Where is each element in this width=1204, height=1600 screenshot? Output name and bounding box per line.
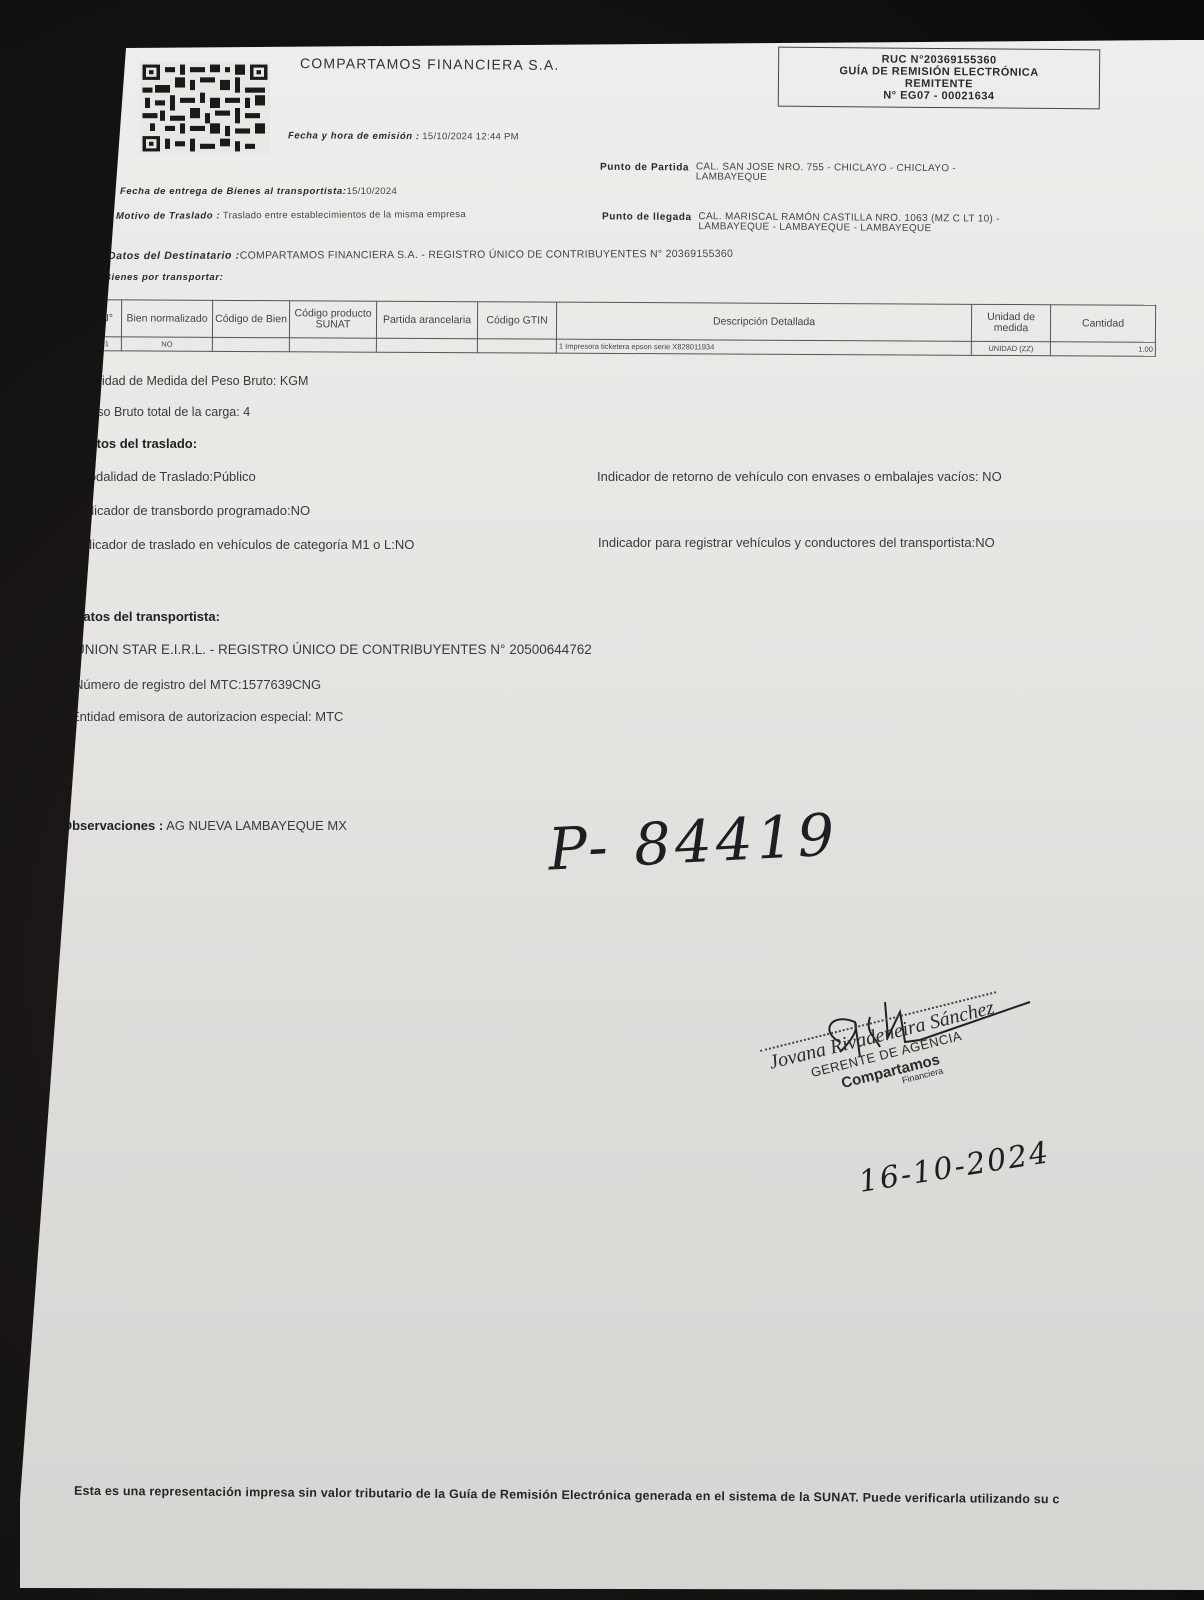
qr-code-icon bbox=[140, 62, 270, 154]
transfer-heading: Datos del traslado: bbox=[80, 436, 197, 451]
col-header: Partida arancelaria bbox=[376, 301, 477, 339]
return-vehicle-indicator: Indicador de retorno de vehículo con env… bbox=[597, 469, 1002, 484]
destination-point: Punto de llegada CAL. MARISCAL RAMÓN CAS… bbox=[602, 211, 1000, 234]
weight-unit: Unidad de Medida del Peso Bruto: KGM bbox=[86, 374, 308, 388]
cell-unit: UNIDAD (ZZ) bbox=[971, 341, 1050, 355]
total-weight: Peso Bruto total de la carga: 4 bbox=[82, 405, 250, 419]
table-header-row: N° Bien normalizado Código de Bien Códig… bbox=[92, 300, 1155, 343]
cell-item-code bbox=[212, 337, 289, 351]
origin-point: Punto de Partida CAL. SAN JOSE NRO. 755 … bbox=[600, 162, 956, 184]
carrier-name: UNION STAR E.I.R.L. - REGISTRO ÚNICO DE … bbox=[75, 642, 592, 657]
cell-sunat-code bbox=[289, 338, 376, 352]
emission-date: Fecha y hora de emisión : 15/10/2024 12:… bbox=[288, 130, 519, 142]
cell-tariff bbox=[376, 338, 477, 353]
register-vehicles-indicator: Indicador para registrar vehículos y con… bbox=[598, 535, 995, 550]
cell-gtin bbox=[477, 339, 556, 353]
company-name: COMPARTAMOS FINANCIERA S.A. bbox=[300, 55, 560, 73]
carrier-heading: Datos del transportista: bbox=[74, 609, 220, 624]
col-header: Código producto SUNAT bbox=[289, 301, 376, 338]
col-header: Descripción Detallada bbox=[556, 302, 971, 341]
transfer-reason: Motivo de Traslado : Traslado entre esta… bbox=[116, 209, 466, 222]
observations: Observaciones : AG NUEVA LAMBAYEQUE MX bbox=[62, 818, 347, 833]
cell-quantity: 1.00 bbox=[1050, 342, 1155, 357]
transfer-modality: Modalidad de Traslado:Público bbox=[78, 469, 256, 484]
col-header: Código GTIN bbox=[477, 302, 556, 339]
document-page: COMPARTAMOS FINANCIERA S.A. RUC N°203691… bbox=[0, 0, 1204, 1600]
carrier-mtc: Número de registro del MTC:1577639CNG bbox=[74, 677, 321, 692]
legal-footer: Esta es una representación impresa sin v… bbox=[74, 1484, 1060, 1507]
col-header: N° bbox=[92, 300, 121, 337]
goods-label: Bienes por transportar: bbox=[104, 272, 223, 283]
col-header: Bien normalizado bbox=[121, 300, 212, 337]
col-header: Unidad de medida bbox=[971, 304, 1050, 341]
cell-normalized: NO bbox=[121, 337, 212, 351]
cell-number: 1 bbox=[92, 337, 121, 351]
cell-description: 1 Impresora ticketera epson serie X82801… bbox=[556, 339, 971, 355]
transshipment-indicator: Indicador de transbordo programado:NO bbox=[76, 503, 310, 518]
delivery-date: Fecha de entrega de Bienes al transporti… bbox=[120, 186, 397, 197]
m1-category-indicator: Indicador de traslado en vehículos de ca… bbox=[74, 537, 414, 552]
items-table: N° Bien normalizado Código de Bien Códig… bbox=[92, 299, 1156, 357]
col-header: Código de Bien bbox=[212, 300, 289, 337]
handwritten-code: P- 84419 bbox=[546, 800, 840, 883]
document-id-box: RUC N°20369155360 GUÍA DE REMISIÓN ELECT… bbox=[778, 47, 1101, 110]
carrier-authority: Entidad emisora de autorizacion especial… bbox=[71, 709, 343, 724]
document-number: N° EG07 - 00021634 bbox=[779, 89, 1099, 104]
col-header: Cantidad bbox=[1050, 305, 1155, 343]
handwritten-date: 16-10-2024 bbox=[856, 1135, 1052, 1200]
recipient-data: Datos del Destinatario :COMPARTAMOS FINA… bbox=[108, 248, 733, 262]
